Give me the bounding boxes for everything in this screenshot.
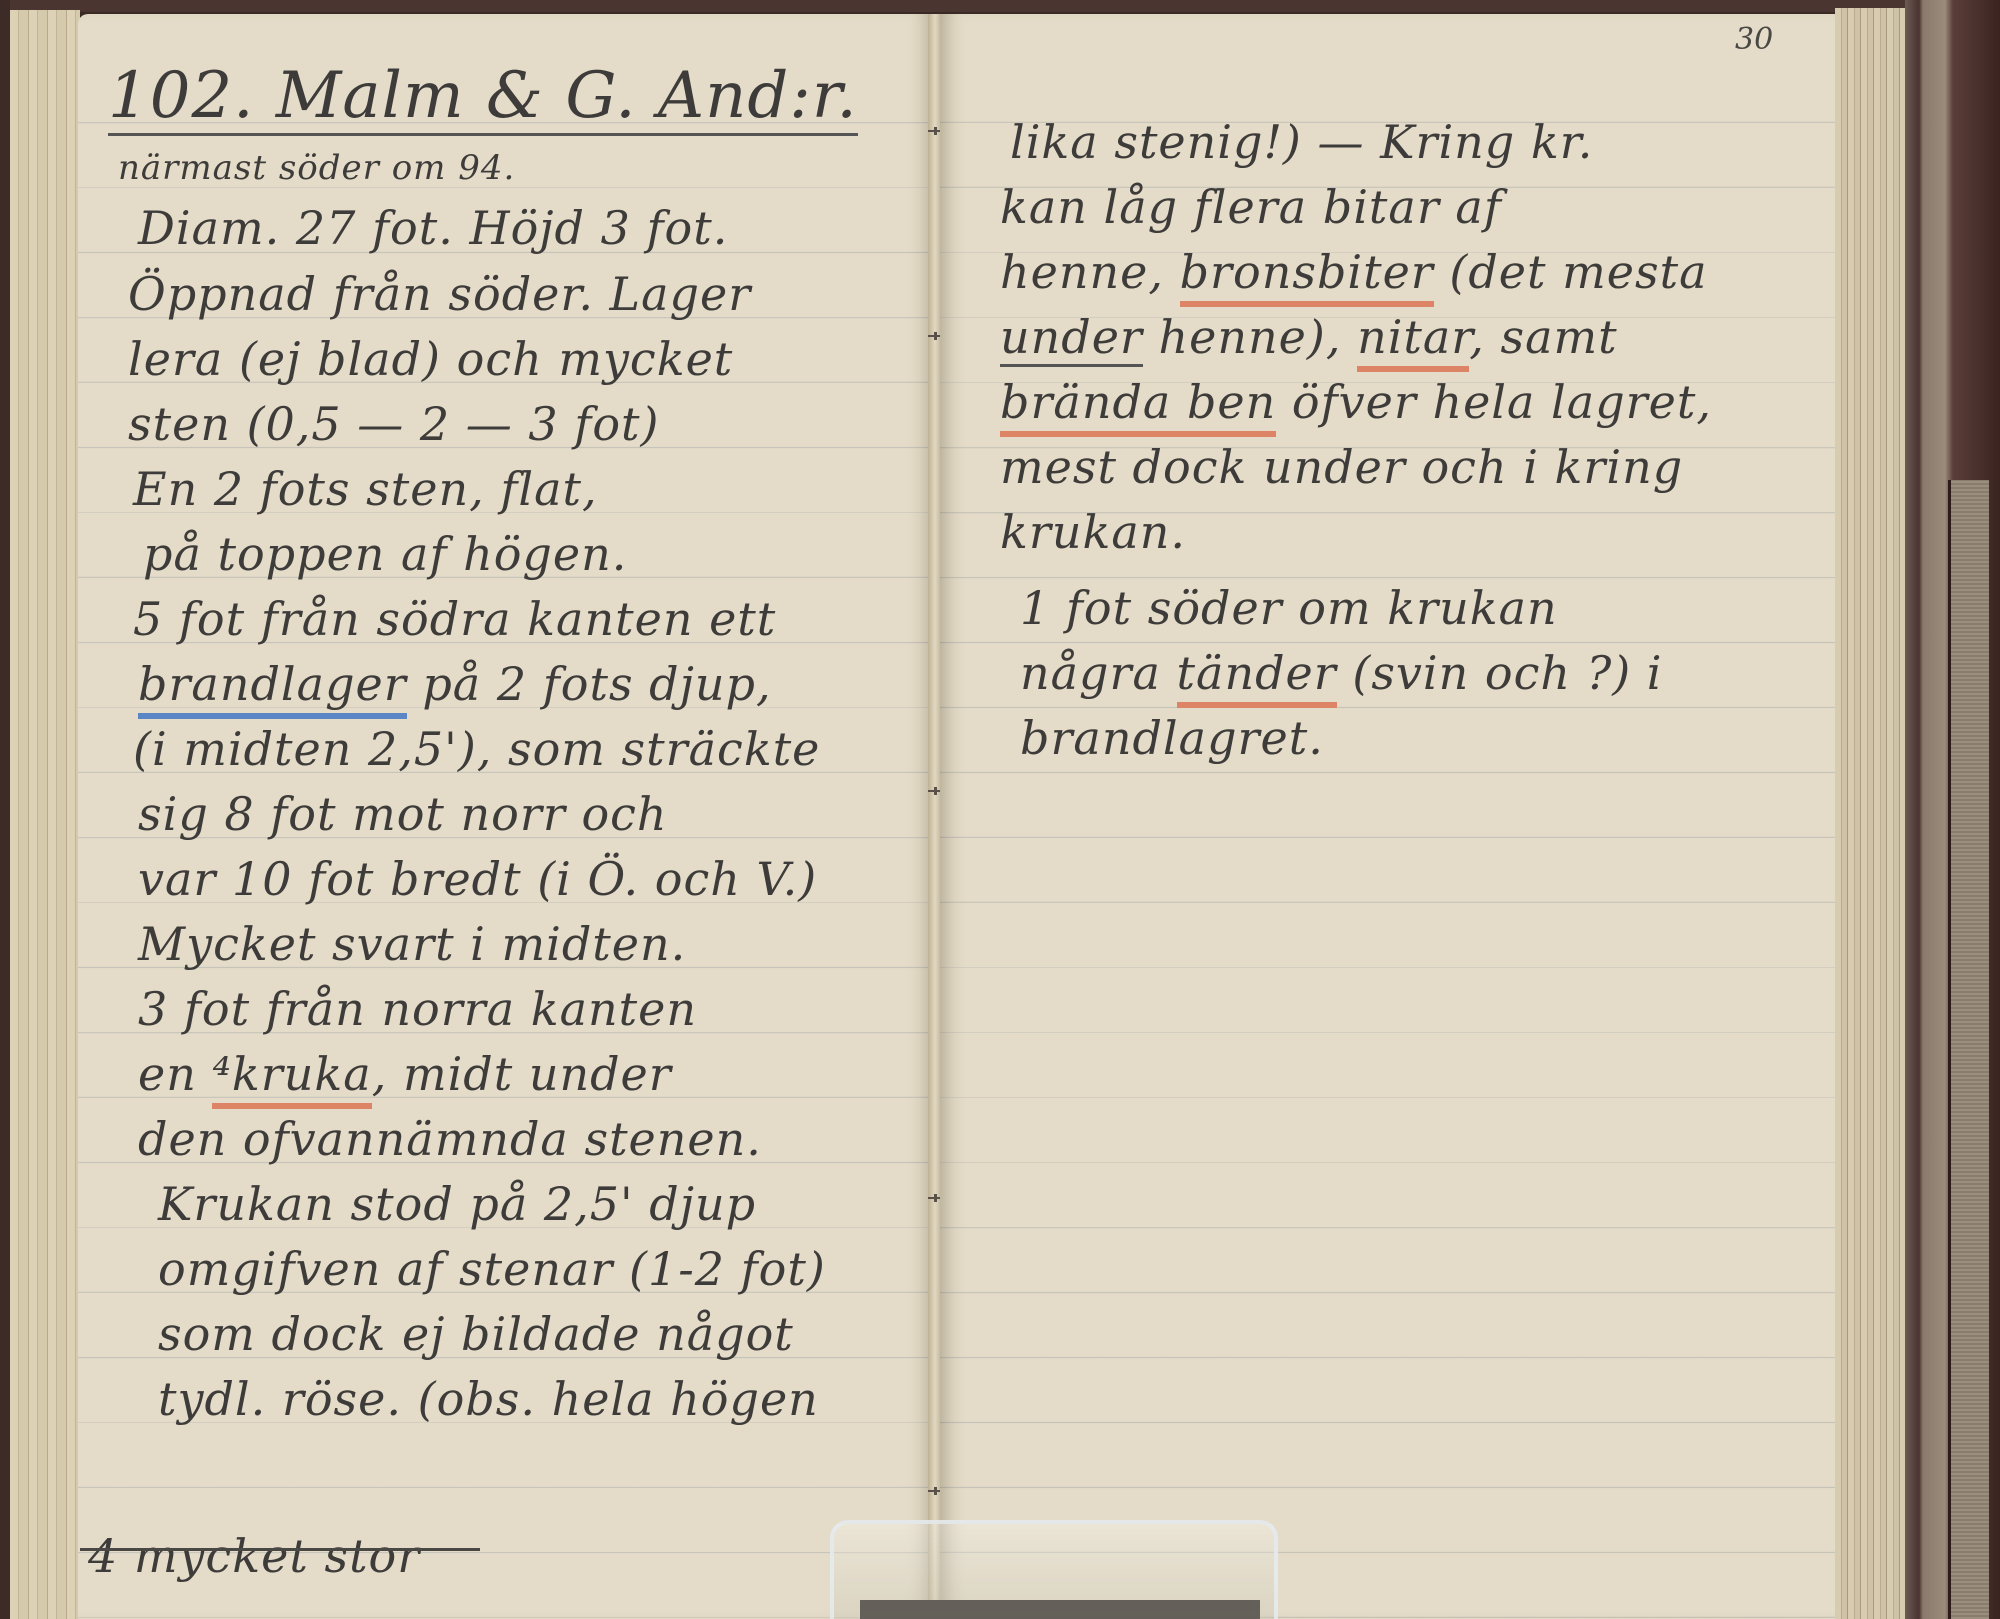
underlined-term-nitar: nitar <box>1357 310 1469 372</box>
underlined-term-brandlager: brandlager <box>138 657 407 719</box>
line-12: var 10 fot bredt (i Ö. och V.) <box>138 847 817 912</box>
line-4: under henne), nitar, samt <box>1000 305 1618 370</box>
line-7: krukan. <box>1000 500 1186 565</box>
line-10: brandlagret. <box>1020 706 1324 771</box>
line-5: brända ben öfver hela lagret, <box>1000 370 1712 435</box>
line-7: på toppen af högen. <box>143 522 627 587</box>
line-17: Krukan stod på 2,5' djup <box>158 1172 756 1237</box>
line-14: 3 fot från norra kanten <box>138 977 697 1042</box>
cloth-spine <box>1948 480 1989 1619</box>
line-16: den ofvannämnda stenen. <box>138 1107 762 1172</box>
book-cover-left <box>0 0 10 1619</box>
notebook-scan: 102. Malm & G. And:r. närmast söder om 9… <box>0 0 2000 1619</box>
line-1: närmast söder om 94. <box>118 136 515 201</box>
line-19: som dock ej bildade något <box>158 1302 794 1367</box>
line-3: Öppnad från söder. Lager <box>128 262 751 327</box>
underlined-term-bronsbiter: bronsbiter <box>1180 245 1434 307</box>
line-8: 1 fot söder om krukan <box>1020 576 1558 641</box>
line-9: några tänder (svin och ?) i <box>1020 641 1663 706</box>
line-13: Mycket svart i midten. <box>138 912 686 977</box>
line-4: lera (ej blad) och mycket <box>128 327 733 392</box>
line-6: mest dock under och i kring <box>1000 435 1683 500</box>
page-holder-clip <box>830 1520 1278 1619</box>
line-11: sig 8 fot mot norr och <box>138 782 668 847</box>
line-15: en ⁴kruka, midt under <box>138 1042 672 1107</box>
line-1: lika stenig!) — Kring kr. <box>1010 110 1593 175</box>
footnote-divider <box>80 1548 480 1551</box>
line-20: tydl. röse. (obs. hela högen <box>158 1367 819 1432</box>
underlined-term-brända-ben: brända ben <box>1000 375 1276 437</box>
page-number: 30 <box>1735 22 1773 57</box>
page-edges-left <box>10 10 80 1619</box>
underlined-term-kruka: ⁴kruka <box>212 1047 371 1109</box>
page-edges-right <box>1835 8 1907 1619</box>
line-8: 5 fot från södra kanten ett <box>133 587 776 652</box>
line-5: sten (0,5 — 2 — 3 fot) <box>128 392 659 457</box>
right-page: lika stenig!) — Kring kr. kan låg flera … <box>940 14 1835 1619</box>
line-3: henne, bronsbiter (det mesta <box>1000 240 1708 305</box>
footnote: 4 mycket stor <box>88 1524 420 1589</box>
line-10: (i midten 2,5'), som sträckte <box>133 717 820 782</box>
line-2: kan låg flera bitar af <box>1000 175 1502 240</box>
entry-title: 102. Malm & G. And:r. <box>108 64 858 129</box>
line-2: Diam. 27 fot. Höjd 3 fot. <box>138 196 728 261</box>
left-page: 102. Malm & G. And:r. närmast söder om 9… <box>78 14 933 1619</box>
line-18: omgifven af stenar (1-2 fot) <box>158 1237 826 1302</box>
underlined-term-tänder: tänder <box>1177 646 1337 708</box>
line-6: En 2 fots sten, flat, <box>133 457 598 522</box>
book-cover-top <box>0 0 2000 12</box>
line-9: brandlager på 2 fots djup, <box>138 652 772 717</box>
